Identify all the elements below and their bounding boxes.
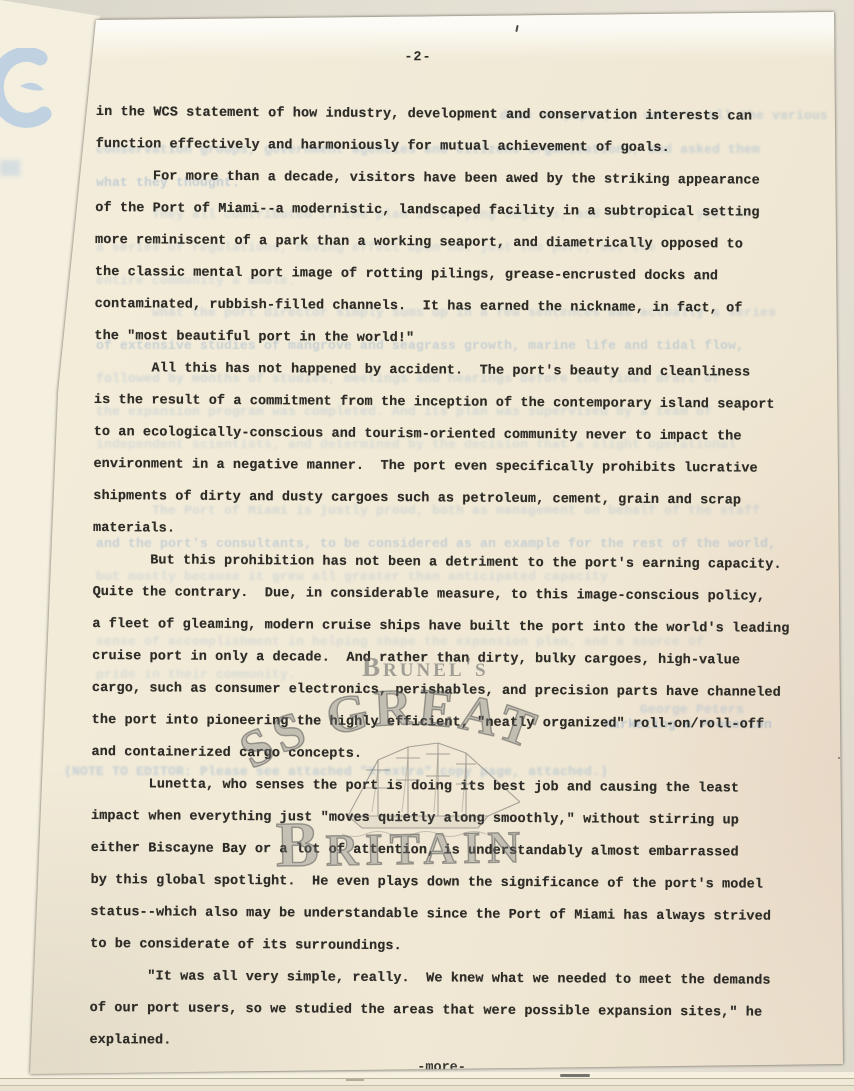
text-line: is the result of a commitment from the i… xyxy=(94,393,775,413)
text-line: status--which also may be understandable… xyxy=(90,905,771,925)
text-line: to be considerate of its surroundings. xyxy=(90,937,402,954)
text-line: environment in a negative manner. The po… xyxy=(93,457,757,477)
typewritten-text-block: -2- in the WCS statement of how industry… xyxy=(0,0,854,1091)
page-number: -2- xyxy=(404,50,431,65)
text-line: For more than a decade, visitors have be… xyxy=(95,169,759,189)
text-line: more reminiscent of a park than a workin… xyxy=(95,233,743,253)
page-shadow-wrap: down on paper, so went to all the variou… xyxy=(0,0,854,1091)
text-line: the port into pioneering the highly effi… xyxy=(92,713,765,733)
scan-speck xyxy=(742,3,745,6)
scan-speck xyxy=(794,6,799,10)
text-line: shipments of dirty and dusty cargoes suc… xyxy=(93,489,741,509)
text-line: contaminated, rubbish-filled channels. I… xyxy=(95,297,743,317)
scan-speck xyxy=(844,790,847,793)
text-line: cruise port in only a decade. And rather… xyxy=(92,649,740,669)
text-line: cargo, such as consumer electronics, per… xyxy=(92,681,781,701)
text-line: in the WCS statement of how industry, de… xyxy=(96,105,752,125)
text-line: either Biscayne Bay or a lot of attentio… xyxy=(91,841,739,861)
more-continuation-label: -more- xyxy=(417,1060,466,1075)
text-line: by this global spotlight. He even plays … xyxy=(91,873,764,893)
text-line: materials. xyxy=(93,521,175,537)
text-line: and containerized cargo concepts. xyxy=(91,745,362,762)
text-line: of the Port of Miami--a modernistic, lan… xyxy=(95,201,759,221)
text-line: "It was all very simple, really. We knew… xyxy=(90,969,771,989)
text-line: explained. xyxy=(89,1033,171,1049)
text-line: function effectively and harmoniously fo… xyxy=(96,137,670,156)
text-line: the "most beautiful port in the world!" xyxy=(94,329,414,346)
text-line: Quite the contrary. Due, in considerable… xyxy=(93,585,766,605)
text-line: of our port users, so we studied the are… xyxy=(90,1001,763,1021)
text-line: But this prohibition has not been a detr… xyxy=(93,553,782,573)
text-line: Lunetta, who senses the port is doing it… xyxy=(91,777,739,797)
text-line: a fleet of gleaming, modern cruise ships… xyxy=(92,617,789,637)
text-line: impact when everything just "moves quiet… xyxy=(91,809,739,829)
text-line: the classic mental port image of rotting… xyxy=(95,265,718,284)
text-line: All this has not happened by accident. T… xyxy=(94,361,750,381)
text-line: to an ecologically-conscious and tourism… xyxy=(94,425,742,445)
page-sheet: down on paper, so went to all the variou… xyxy=(0,0,854,1091)
scan-speck xyxy=(838,757,840,759)
